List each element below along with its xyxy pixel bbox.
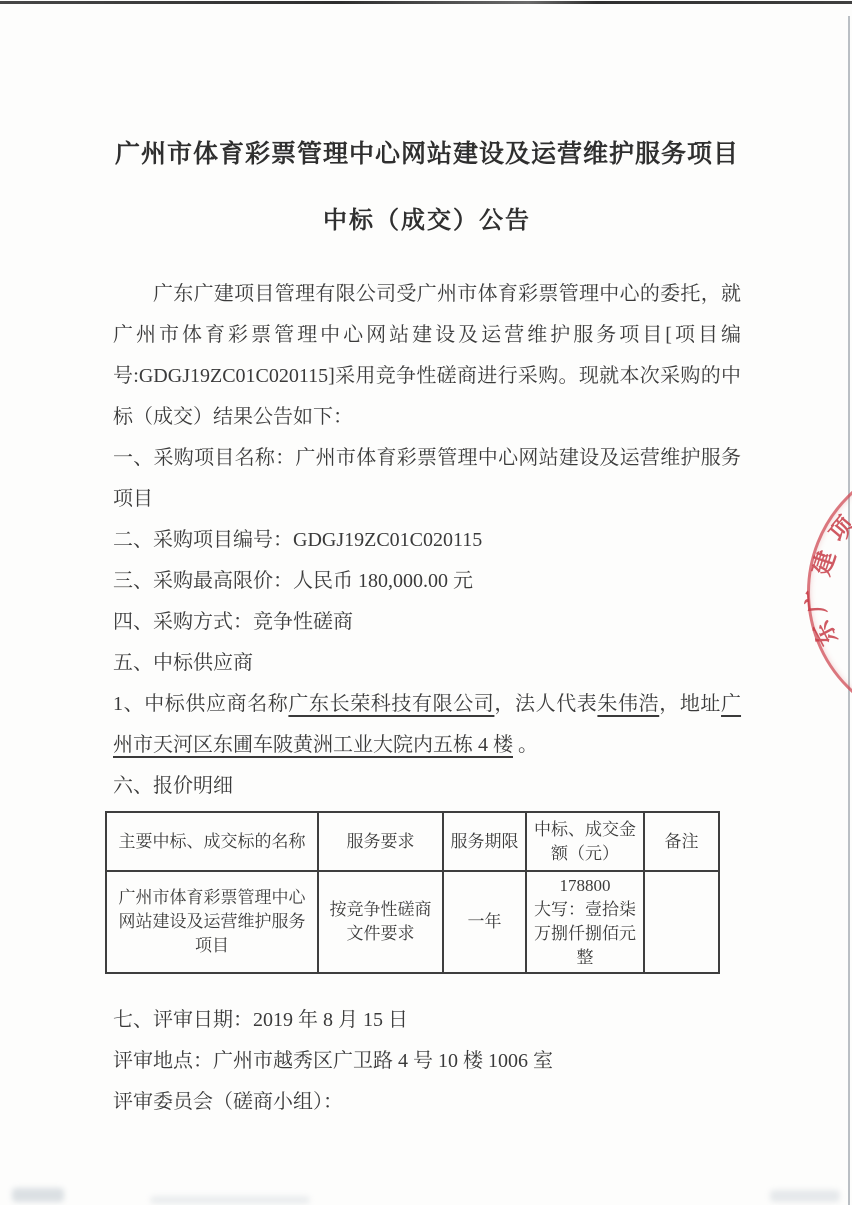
document-text-block: 广东广建项目管理有限公司受广州市体育彩票管理中心的委托，就广州市体育彩票管理中心… xyxy=(113,274,741,1123)
cell-service-requirement: 按竞争性磋商文件要求 xyxy=(318,871,443,973)
review-date-line: 七、评审日期：2019 年 8 月 15 日 xyxy=(113,1000,741,1041)
item-project-number: 二、采购项目编号：GDGJ19ZC01C020115 xyxy=(113,520,741,561)
supplier-legal-rep: 朱伟浩 xyxy=(597,693,659,715)
cell-service-term: 一年 xyxy=(443,871,526,973)
quote-table-data-row: 广州市体育彩票管理中心网站建设及运营维护服务项目 按竞争性磋商文件要求 一年 1… xyxy=(106,871,719,973)
document-subtitle: 中标（成交）公告 xyxy=(113,204,741,238)
supplier-name: 广东长荣科技有限公司 xyxy=(288,693,494,715)
document-body: 广州市体育彩票管理中心网站建设及运营维护服务项目 中标（成交）公告 广东广建项目… xyxy=(113,138,741,1123)
item-project-name: 一、采购项目名称：广州市体育彩票管理中心网站建设及运营维护服务项目 xyxy=(113,438,741,520)
item-winning-supplier-heading: 五、中标供应商 xyxy=(113,643,741,684)
header-award-amount: 中标、成交金额（元） xyxy=(526,812,644,871)
item-max-price: 三、采购最高限价：人民币 180,000.00 元 xyxy=(113,561,741,602)
footer-block: 七、评审日期：2019 年 8 月 15 日 评审地点：广州市越秀区广卫路 4 … xyxy=(113,1000,741,1123)
cell-award-amount: 178800 大写：壹拾柒万捌仟捌佰元整 xyxy=(526,871,644,973)
intro-paragraph: 广东广建项目管理有限公司受广州市体育彩票管理中心的委托，就广州市体育彩票管理中心… xyxy=(113,274,741,438)
supplier-prefix: 1、中标供应商名称 xyxy=(113,693,288,715)
cell-subject-name: 广州市体育彩票管理中心网站建设及运营维护服务项目 xyxy=(106,871,318,973)
supplier-suffix: 。 xyxy=(513,734,538,756)
cell-remark xyxy=(644,871,719,973)
stamp-character: 广 xyxy=(796,588,833,615)
supplier-mid2: ，地址 xyxy=(659,693,721,715)
header-remark: 备注 xyxy=(644,812,719,871)
quote-section-heading: 六、报价明细 xyxy=(113,766,741,807)
supplier-detail-line: 1、中标供应商名称广东长荣科技有限公司，法人代表朱伟浩，地址广州市天河区东圃车陂… xyxy=(113,684,741,766)
item-procurement-method: 四、采购方式：竞争性磋商 xyxy=(113,602,741,643)
scan-smudge xyxy=(150,1196,310,1204)
supplier-mid1: ，法人代表 xyxy=(494,693,597,715)
quote-table: 主要中标、成交标的名称 服务要求 服务期限 中标、成交金额（元） 备注 广州市体… xyxy=(105,811,720,974)
award-amount-number: 178800 xyxy=(533,874,637,898)
review-place-line: 评审地点：广州市越秀区广卫路 4 号 10 楼 1006 室 xyxy=(113,1041,741,1082)
document-title: 广州市体育彩票管理中心网站建设及运营维护服务项目 xyxy=(113,138,741,172)
award-amount-capitals: 大写：壹拾柒万捌仟捌佰元整 xyxy=(533,898,637,970)
header-service-requirement: 服务要求 xyxy=(318,812,443,871)
scan-top-edge-line xyxy=(0,1,852,4)
review-committee-line: 评审委员会（磋商小组）： xyxy=(113,1082,741,1123)
header-subject-name: 主要中标、成交标的名称 xyxy=(106,812,318,871)
scan-smudge xyxy=(12,1188,64,1202)
scanned-document-page: 广州市体育彩票管理中心网站建设及运营维护服务项目 中标（成交）公告 广东广建项目… xyxy=(0,0,852,1205)
scan-smudge xyxy=(770,1190,840,1202)
header-service-term: 服务期限 xyxy=(443,812,526,871)
quote-table-header-row: 主要中标、成交标的名称 服务要求 服务期限 中标、成交金额（元） 备注 xyxy=(106,812,719,871)
